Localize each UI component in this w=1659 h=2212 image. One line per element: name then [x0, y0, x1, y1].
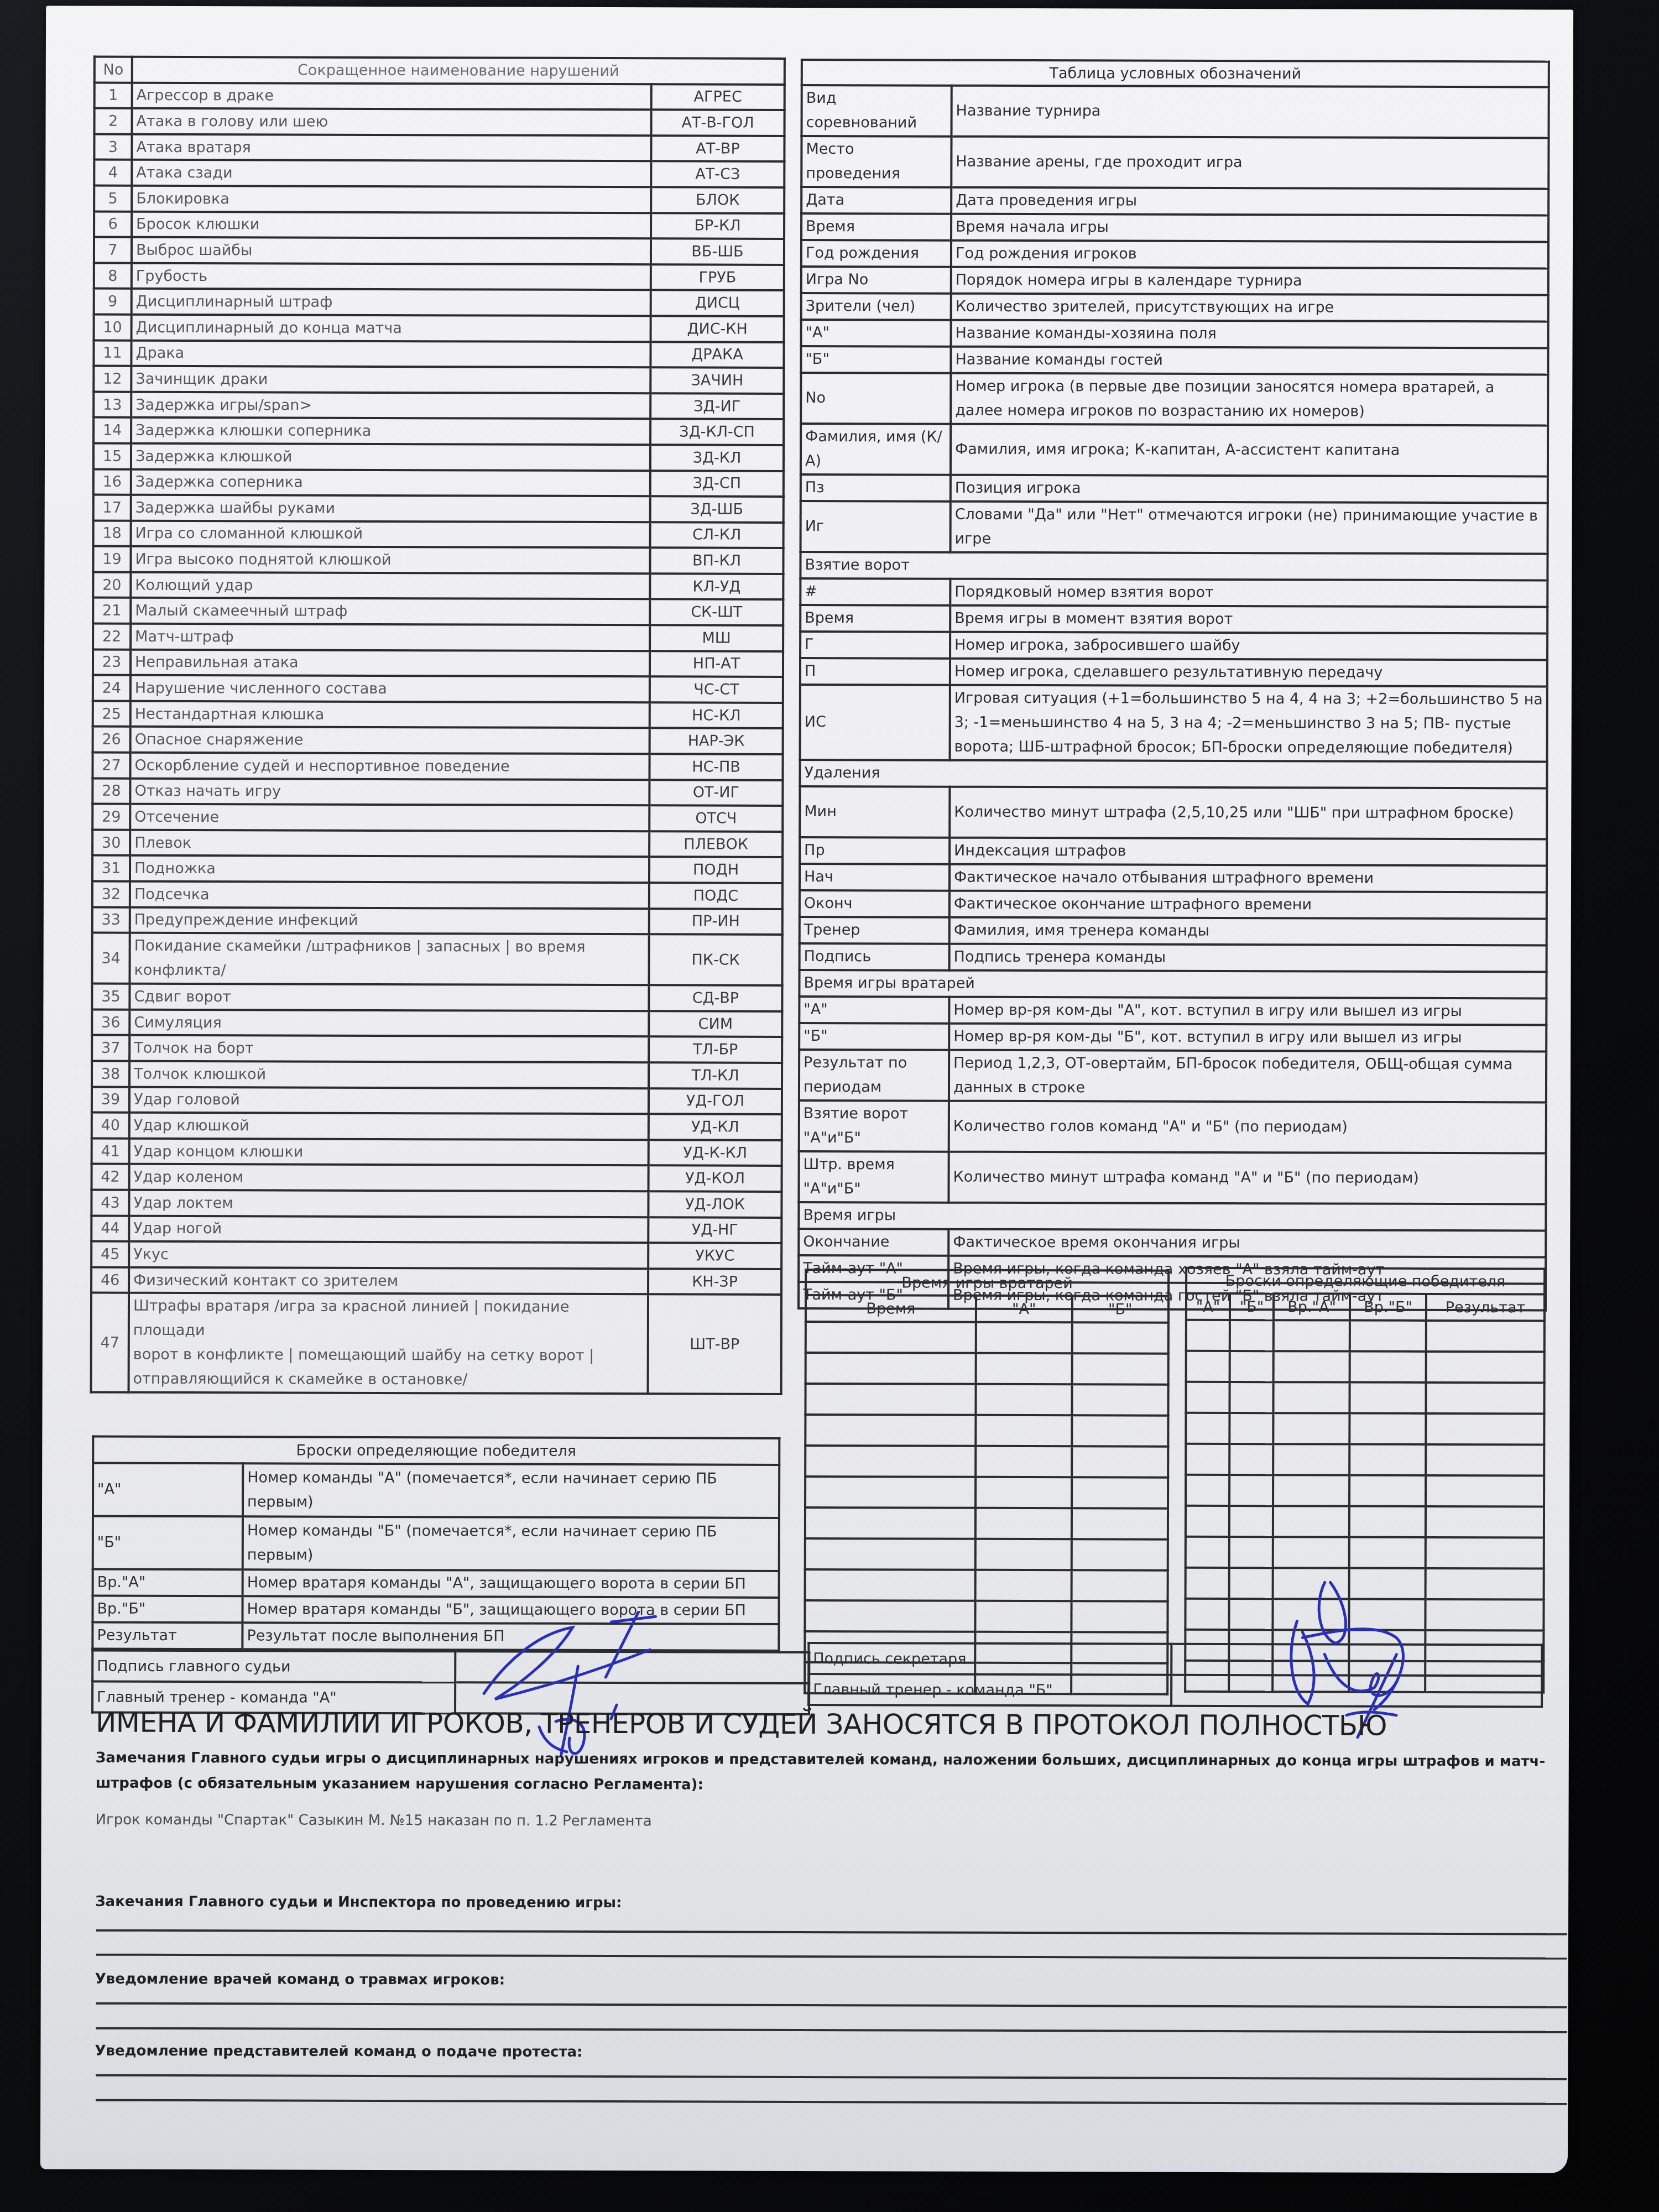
violation-row: 7Выброс шайбыВБ-ШБ: [94, 237, 784, 265]
goalie-time-cell[interactable]: [1072, 1384, 1168, 1415]
violation-code: ПЛЕВОК: [649, 831, 782, 857]
violation-code: ЗД-СП: [650, 471, 784, 497]
legend-key: ИС: [800, 685, 950, 760]
violation-row: 27Оскорбление судей и неспортивное повед…: [92, 753, 782, 780]
legend-description: Количество зрителей, присутствующих на и…: [951, 294, 1548, 322]
violation-name: Нарушение численного состава: [131, 675, 650, 702]
legend-key: Нач: [800, 864, 950, 891]
violation-number: 8: [94, 263, 132, 289]
violation-name: Удар локтем: [129, 1190, 648, 1217]
legend-description: Время игры в момент взятия ворот: [950, 606, 1547, 634]
violation-code: ПОДС: [649, 883, 782, 909]
shootout-cell[interactable]: [1349, 1413, 1426, 1444]
shootout-row: [1186, 1444, 1544, 1476]
shootout-cell[interactable]: [1273, 1537, 1349, 1568]
legend-key: "А": [799, 997, 949, 1024]
shootout-column-header: Вр."А": [1274, 1293, 1350, 1320]
violation-row: 40Удар клюшкойУД-КЛ: [92, 1113, 782, 1140]
violation-name: Физический контакт со зрителем: [129, 1267, 648, 1295]
violation-name: Покидание скамейки /штрафников | запасны…: [129, 933, 649, 985]
legend-description: Порядок номера игры в календаре турнира: [951, 267, 1548, 295]
violation-row: 11ДракаДРАКА: [93, 340, 784, 368]
goalie-time-cell[interactable]: [805, 1507, 975, 1539]
goalie-time-row: [805, 1415, 1168, 1447]
legend-row: ПНомер игрока, сделавшего результативную…: [800, 658, 1547, 687]
legend-row: Результат по периодамПериод 1,2,3, ОТ-ов…: [799, 1050, 1546, 1103]
violation-number: 5: [94, 186, 132, 212]
goalie-time-cell[interactable]: [805, 1415, 975, 1446]
shootout-column-header: Вр."Б": [1350, 1294, 1426, 1321]
violation-code: ЗД-КЛ-СП: [650, 419, 784, 445]
legend-key: Г: [800, 632, 950, 659]
violation-number: 35: [92, 984, 129, 1010]
violation-row: 38Толчок клюшкойТЛ-КЛ: [92, 1061, 782, 1089]
violation-code: ЗД-КЛ: [650, 445, 784, 471]
violation-row: 2Атака в голову или шеюАТ-В-ГОЛ: [95, 108, 785, 136]
violation-code: УД-ГОЛ: [649, 1088, 782, 1114]
violation-row: 31ПодножкаПОДН: [92, 855, 782, 883]
violation-name: Предупреждение инфекций: [130, 907, 649, 934]
legend-row: "Б"Номер вр-ря ком-ды "Б", кот. вступил …: [799, 1023, 1546, 1052]
legend-row: ИгСловами "Да" или "Нет" отмечаются игро…: [801, 501, 1548, 554]
legend-row: Год рожденияГод рождения игроков: [801, 240, 1548, 269]
violation-code: СД-ВР: [649, 985, 782, 1011]
legend-description: Номер вр-ря ком-ды "А", кот. вступил в и…: [949, 997, 1546, 1025]
violation-number: 24: [93, 675, 131, 701]
violation-number: 28: [92, 778, 130, 804]
shootout-cell[interactable]: [1426, 1537, 1544, 1569]
legend-row: "А"Название команды-хозяина поля: [801, 320, 1548, 348]
goalie-time-column-header: "Б": [1072, 1296, 1168, 1322]
inspector-remarks-line-1[interactable]: [96, 1929, 1567, 1936]
violation-name: Сдвиг ворот: [129, 984, 649, 1011]
violation-name: Плевок: [130, 830, 649, 857]
legend-row: НачФактическое начало отбывания штрафног…: [800, 864, 1547, 893]
legend-description: Номер игрока (в первые две позиции занос…: [951, 373, 1548, 426]
legend-key: Взятие ворот "А"и"Б": [799, 1100, 949, 1152]
legend-title: Таблица условных обозначений: [802, 60, 1549, 87]
legend-key: "Б": [799, 1023, 949, 1050]
shootout-cell[interactable]: [1229, 1475, 1273, 1506]
goalie-time-cell[interactable]: [805, 1569, 975, 1601]
violation-number: 25: [93, 701, 131, 727]
shootout-cell[interactable]: [1349, 1506, 1426, 1537]
shootout-cell[interactable]: [1273, 1413, 1349, 1444]
violation-row: 25Нестандартная клюшкаНС-КЛ: [93, 701, 783, 728]
shootout-cell[interactable]: [1426, 1506, 1544, 1538]
violation-number: 38: [92, 1061, 129, 1087]
shootout-cell[interactable]: [1349, 1475, 1426, 1506]
legend-description: Номер игрока, забросившего шайбу: [950, 632, 1547, 660]
shootout-legend-key: "Б": [93, 1516, 243, 1570]
shootout-cell[interactable]: [1349, 1537, 1426, 1568]
violation-number: 17: [93, 495, 131, 521]
goalie-time-cell[interactable]: [975, 1353, 1072, 1384]
legend-key: Фамилия, имя (К/А): [801, 424, 951, 475]
legend-key: Время: [800, 605, 950, 632]
violation-code: ДРАКА: [650, 342, 784, 368]
violation-row: 32ПодсечкаПОДС: [92, 881, 782, 909]
legend-key: Игра No: [801, 267, 951, 294]
legend-key: Пз: [801, 474, 951, 502]
violation-code: МШ: [650, 625, 783, 651]
violation-name: Колющий удар: [131, 572, 650, 599]
violation-code: ЗАЧИН: [650, 367, 784, 393]
violation-code: ШТ-ВР: [648, 1295, 781, 1395]
goalie-time-cell[interactable]: [805, 1477, 975, 1508]
coach-b-signature-label: Главный тренер - команда "Б": [808, 1674, 1171, 1706]
violation-name: Игра со сломанной клюшкой: [131, 520, 650, 547]
legend-row: Зрители (чел)Количество зрителей, присут…: [801, 293, 1548, 322]
violation-code: АТ-СЗ: [651, 161, 784, 187]
violation-code: КН-ЗР: [648, 1269, 781, 1295]
goalie-time-row: [805, 1538, 1168, 1571]
goalie-time-column-header: Время: [806, 1295, 976, 1322]
legend-row: Вид соревнованийНазвание турнира: [802, 85, 1549, 138]
violations-table: No Сокращенное наименование нарушений 1А…: [90, 56, 786, 1396]
violation-code: ЗД-ИГ: [650, 393, 784, 419]
shootout-cell[interactable]: [1273, 1444, 1349, 1475]
goalie-time-cell[interactable]: [805, 1600, 975, 1632]
legend-row: "Б"Название команды гостей: [801, 346, 1548, 375]
goalie-time-cell[interactable]: [975, 1570, 1071, 1601]
violation-name: Блокировка: [132, 186, 651, 213]
violation-row: 20Колющий ударКЛ-УД: [93, 572, 783, 599]
shootout-cell[interactable]: [1186, 1537, 1229, 1568]
shootout-cell[interactable]: [1274, 1351, 1350, 1382]
legend-description: Порядковый номер взятия ворот: [950, 579, 1547, 607]
goalie-time-cell[interactable]: [975, 1384, 1072, 1415]
shootout-column-header: Результат: [1426, 1294, 1545, 1321]
legend-row: ВремяВремя начала игры: [801, 213, 1548, 242]
legend-key: Пр: [800, 837, 950, 864]
shootout-cell[interactable]: [1186, 1506, 1229, 1537]
shootout-cell[interactable]: [1273, 1506, 1349, 1537]
legend-description: Фамилия, имя тренера команды: [950, 917, 1547, 946]
goalie-time-cell[interactable]: [1072, 1446, 1168, 1477]
violation-number: 12: [93, 366, 131, 392]
violation-row: 9Дисциплинарный штрафДИСЦ: [94, 289, 784, 316]
goalie-time-cell[interactable]: [975, 1415, 1072, 1446]
violation-code: ЗД-ШБ: [650, 496, 784, 522]
violation-code: НС-КЛ: [650, 702, 783, 728]
violation-code: ПР-ИН: [649, 909, 782, 935]
violation-name: Неправильная атака: [131, 649, 650, 676]
goalie-time-cell[interactable]: [805, 1446, 975, 1477]
shootout-cell[interactable]: [1186, 1413, 1229, 1444]
shootout-cell[interactable]: [1274, 1320, 1350, 1351]
goalie-time-cell[interactable]: [975, 1477, 1072, 1508]
violation-row: 36СимуляцияСИМ: [92, 1009, 782, 1037]
violation-code: ЧС-СТ: [650, 677, 783, 703]
violation-name: Отказ начать игру: [130, 778, 649, 805]
violation-name: Зачинщик драки: [131, 366, 650, 393]
shootout-cell[interactable]: [1426, 1413, 1544, 1445]
violation-name: Матч-штраф: [131, 624, 650, 651]
goalie-time-cell[interactable]: [1071, 1539, 1167, 1570]
goalie-time-cell[interactable]: [975, 1446, 1072, 1477]
legend-description: Количество минут штрафа команд "А" и "Б"…: [948, 1152, 1546, 1204]
violation-number: 46: [91, 1267, 129, 1293]
violation-row: 17Задержка шайбы рукамиЗД-ШБ: [93, 495, 784, 523]
inspector-remarks-line-2[interactable]: [96, 1954, 1567, 1960]
protest-notice-line-2[interactable]: [96, 2099, 1567, 2105]
shootout-column-header: "Б": [1230, 1293, 1274, 1320]
shootout-cell[interactable]: [1349, 1444, 1426, 1475]
violation-name: Задержка клюшкой: [131, 444, 650, 471]
violation-code: КЛ-УД: [650, 573, 783, 599]
violation-number: 11: [93, 340, 131, 366]
shootout-cell[interactable]: [1229, 1506, 1273, 1537]
legend-row: ПрИндексация штрафов: [800, 837, 1547, 866]
shootout-cell[interactable]: [1426, 1352, 1545, 1383]
shootout-cell[interactable]: [1186, 1320, 1230, 1351]
inspector-remarks-title: Закечания Главного судьи и Инспектора по…: [95, 1889, 622, 1916]
goalie-time-cell[interactable]: [1072, 1353, 1168, 1384]
shootout-legend-key: Вр."Б": [92, 1596, 242, 1623]
violation-number: 36: [92, 1009, 129, 1035]
violation-row: 10Дисциплинарный до конца матчаДИС-КН: [94, 315, 784, 342]
violation-row: 42Удар коленомУД-КОЛ: [92, 1164, 782, 1192]
legend-description: Количество голов команд "А" и "Б" (по пе…: [949, 1101, 1546, 1154]
goalie-time-cell[interactable]: [805, 1384, 975, 1415]
legend-key: Дата: [801, 187, 951, 214]
goalie-time-row: [805, 1384, 1168, 1416]
violation-row: 26Опасное снаряжениеНАР-ЭК: [93, 727, 783, 754]
legend-key: Мин: [800, 786, 950, 838]
violation-code: ТЛ-КЛ: [649, 1062, 782, 1088]
shootout-cell[interactable]: [1273, 1475, 1349, 1506]
goalie-time-cell[interactable]: [1071, 1601, 1167, 1632]
injury-notice-line-2[interactable]: [96, 2027, 1567, 2033]
shootout-cell[interactable]: [1230, 1382, 1274, 1413]
shootout-legend-row: "Б"Номер команды "Б" (помечается*, если …: [93, 1516, 779, 1571]
legend-section-title: Взятие ворот: [800, 552, 1547, 581]
violation-name: Задержка соперника: [131, 469, 650, 496]
shootout-cell[interactable]: [1426, 1444, 1544, 1476]
shootout-legend-description: Номер команды "Б" (помечается*, если нач…: [243, 1516, 779, 1571]
violation-row: 43Удар локтемУД-ЛОК: [91, 1190, 781, 1218]
violation-name: Отсечение: [130, 804, 649, 831]
violation-row: 33Предупреждение инфекцийПР-ИН: [92, 907, 782, 935]
legend-key: Тренер: [800, 917, 950, 944]
protest-notice-line-1[interactable]: [96, 2074, 1567, 2080]
violation-name: Нестандартная клюшка: [131, 701, 650, 728]
goalie-time-cell[interactable]: [975, 1601, 1071, 1632]
shootout-row: [1186, 1382, 1544, 1414]
violation-code: ДИСЦ: [651, 290, 784, 316]
shootout-cell[interactable]: [1230, 1351, 1274, 1382]
legend-row: NoНомер игрока (в первые две позиции зан…: [801, 373, 1548, 426]
goalie-time-cell[interactable]: [1072, 1477, 1168, 1508]
violation-number: 18: [93, 520, 131, 546]
violation-code: УКУС: [648, 1243, 781, 1269]
violation-code: НАР-ЭК: [650, 728, 783, 754]
violation-number: 4: [94, 160, 132, 186]
violation-row: 46Физический контакт со зрителемКН-ЗР: [91, 1267, 781, 1295]
violation-number: 16: [93, 469, 131, 495]
violation-code: АТ-В-ГОЛ: [651, 109, 785, 135]
violation-name: Штрафы вратаря /игра за красной линией |…: [129, 1293, 648, 1394]
violation-number: 13: [93, 392, 131, 418]
shootout-legend-key: Результат: [92, 1623, 242, 1650]
legend-key: Вид соревнований: [802, 85, 952, 137]
goalie-time-cell[interactable]: [1072, 1415, 1168, 1446]
violation-number: 23: [93, 649, 131, 675]
legend-description: Период 1,2,3, ОТ-овертайм, БП-бросок поб…: [949, 1050, 1546, 1103]
legend-description: Фамилия, имя игрока; К-капитан, А-ассист…: [951, 424, 1548, 477]
violation-code: СК-ШТ: [650, 599, 783, 625]
shootout-cell[interactable]: [1274, 1382, 1350, 1413]
legend-description: Индексация штрафов: [950, 838, 1547, 866]
goalie-time-row: [805, 1569, 1168, 1601]
violation-row: 12Зачинщик дракиЗАЧИН: [93, 366, 784, 394]
violation-number: 45: [91, 1241, 129, 1267]
goalie-time-cell[interactable]: [806, 1322, 976, 1353]
legend-row: ТренерФамилия, имя тренера команды: [800, 917, 1547, 946]
shootout-legend-key: Вр."А": [93, 1569, 243, 1597]
legend-row: ПзПозиция игрока: [801, 474, 1548, 503]
violation-code: СИМ: [649, 1011, 782, 1037]
shootout-cell[interactable]: [1350, 1321, 1426, 1352]
injury-notice-line-1[interactable]: [96, 2002, 1567, 2008]
legend-key: Результат по периодам: [799, 1050, 949, 1101]
shootout-cell[interactable]: [1229, 1413, 1273, 1444]
violation-row: 34Покидание скамейки /штрафников | запас…: [92, 933, 782, 985]
violation-row: 21Малый скамеечный штрафСК-ШТ: [93, 598, 783, 625]
shootout-cell[interactable]: [1426, 1475, 1544, 1507]
violation-name: Агрессор в драке: [132, 82, 651, 109]
legend-key: Оконч: [800, 890, 950, 917]
violation-name: Опасное снаряжение: [131, 727, 650, 754]
shootout-cell[interactable]: [1186, 1568, 1229, 1599]
goalie-time-cell[interactable]: [806, 1353, 976, 1384]
violation-name: Толчок на борт: [129, 1035, 649, 1062]
violation-number: 9: [94, 289, 132, 315]
shootout-cell[interactable]: [1186, 1382, 1229, 1413]
violation-name: Удар клюшкой: [129, 1113, 649, 1140]
goalie-time-cell[interactable]: [975, 1508, 1072, 1539]
violation-name: Подножка: [130, 855, 649, 883]
goalie-time-cell[interactable]: [975, 1322, 1072, 1353]
legend-description: Игровая ситуация (+1=большинство 5 на 4,…: [950, 685, 1547, 762]
shootout-cell[interactable]: [1186, 1444, 1229, 1475]
names-in-full-headline: ИМЕНА И ФАМИЛИИ ИГРОКОВ, ТРЕНЕРОВ И СУДЕ…: [96, 1707, 1561, 1743]
shootout-cell[interactable]: [1426, 1321, 1545, 1352]
shootout-cell[interactable]: [1229, 1444, 1273, 1475]
shootout-cell[interactable]: [1229, 1537, 1273, 1568]
violation-number: 15: [93, 444, 131, 469]
referee-signature-ink-icon: [473, 1610, 706, 1766]
violation-row: 41Удар концом клюшкиУД-К-КЛ: [92, 1138, 782, 1166]
violation-name: Игра высоко поднятой клюшкой: [131, 546, 650, 573]
goalie-time-row: [806, 1353, 1168, 1385]
violation-name: Атака в голову или шею: [132, 108, 651, 135]
violation-row: 6Бросок клюшкиБР-КЛ: [94, 211, 784, 239]
violation-name: Симуляция: [129, 1010, 649, 1037]
shootout-cell[interactable]: [1426, 1383, 1545, 1414]
shootout-cell[interactable]: [1186, 1475, 1229, 1506]
violation-row: 16Задержка соперникаЗД-СП: [93, 469, 784, 497]
legend-description: Название команды гостей: [951, 347, 1548, 375]
goalie-time-cell[interactable]: [1072, 1508, 1168, 1539]
violations-header-no: No: [95, 57, 132, 83]
shootout-cell[interactable]: [1185, 1599, 1229, 1630]
violation-name: Драка: [131, 340, 650, 367]
goalie-time-title: Время игры вратарей: [806, 1270, 1168, 1296]
injury-notice-title: Уведомление врачей команд о травмах игро…: [95, 1966, 505, 1993]
violation-name: Задержка клюшки соперника: [131, 418, 650, 445]
shootout-legend-description: Номер команды "А" (помечается*, если нач…: [243, 1463, 779, 1518]
legend-section-title: Удаления: [800, 760, 1547, 789]
goalie-time-cell[interactable]: [1072, 1322, 1168, 1353]
goalie-time-row: [805, 1600, 1167, 1632]
legend-section-row: Взятие ворот: [800, 552, 1547, 581]
legend-description: Подпись тренера команды: [950, 944, 1547, 972]
legend-key: "А": [801, 320, 951, 347]
violation-number: 20: [93, 572, 131, 598]
violation-row: 18Игра со сломанной клюшкойСЛ-КЛ: [93, 520, 784, 548]
violation-row: 22Матч-штрафМШ: [93, 624, 783, 651]
legend-key: Подпись: [800, 943, 950, 971]
violation-name: Удар ногой: [129, 1215, 648, 1243]
shootout-cell[interactable]: [1350, 1383, 1426, 1413]
shootout-row: [1186, 1351, 1545, 1383]
violation-number: 34: [92, 933, 129, 984]
violation-number: 14: [93, 418, 131, 444]
violation-code: ПОДН: [649, 857, 782, 883]
legend-row: Взятие ворот "А"и"Б"Количество голов ком…: [799, 1100, 1546, 1154]
shootout-legend-row: Вр."А"Номер вратаря команды "А", защищаю…: [93, 1569, 779, 1598]
violation-code: ГРУБ: [651, 264, 784, 290]
violation-code: АГРЕС: [651, 84, 785, 110]
legend-description: Название арены, где проходит игра: [951, 137, 1548, 189]
disciplinary-remarks-text[interactable]: Игрок команды "Спартак" Сазыкин М. №15 н…: [95, 1812, 651, 1830]
shootout-row: [1186, 1320, 1545, 1352]
violation-number: 41: [92, 1138, 129, 1164]
legend-key: Штр. время "А"и"Б": [799, 1151, 948, 1203]
goalie-time-cell[interactable]: [975, 1539, 1071, 1570]
legend-row: "А"Номер вр-ря ком-ды "А", кот. вступил …: [799, 997, 1546, 1025]
goalie-time-row: [805, 1507, 1168, 1540]
violation-row: 4Атака сзадиАТ-СЗ: [94, 160, 784, 187]
violation-row: 28Отказ начать игруОТ-ИГ: [92, 778, 782, 806]
legend-description: Фактическое время окончания игры: [948, 1229, 1546, 1258]
legend-description: Дата проведения игры: [951, 187, 1548, 216]
violation-name: Грубость: [132, 263, 651, 290]
violation-number: 10: [94, 315, 132, 341]
legend-row: ОкончФактическое окончание штрафного вре…: [800, 890, 1547, 919]
violation-number: 47: [91, 1293, 129, 1392]
violation-number: 42: [92, 1164, 129, 1190]
shootout-cell[interactable]: [1350, 1352, 1426, 1383]
legend-description: Номер игрока, сделавшего результативную …: [950, 659, 1547, 687]
shootout-cell[interactable]: [1186, 1351, 1230, 1382]
legend-row: ГНомер игрока, забросившего шайбу: [800, 632, 1547, 660]
violation-code: УД-КЛ: [649, 1114, 782, 1140]
goalie-time-cell[interactable]: [805, 1538, 975, 1570]
legend-table: Таблица условных обозначений Вид соревно…: [797, 59, 1550, 1312]
violation-code: ПК-СК: [649, 934, 782, 985]
violation-number: 3: [94, 134, 132, 160]
goalie-time-cell[interactable]: [1071, 1570, 1167, 1601]
legend-row: ИСИгровая ситуация (+1=большинство 5 на …: [800, 685, 1547, 762]
violation-row: 45УкусУКУС: [91, 1241, 781, 1269]
violation-name: Малый скамеечный штраф: [131, 598, 650, 625]
legend-row: Фамилия, имя (К/А)Фамилия, имя игрока; К…: [801, 424, 1548, 477]
shootout-title: Броски определяющие победителя: [1186, 1268, 1545, 1295]
shootout-cell[interactable]: [1230, 1320, 1274, 1351]
